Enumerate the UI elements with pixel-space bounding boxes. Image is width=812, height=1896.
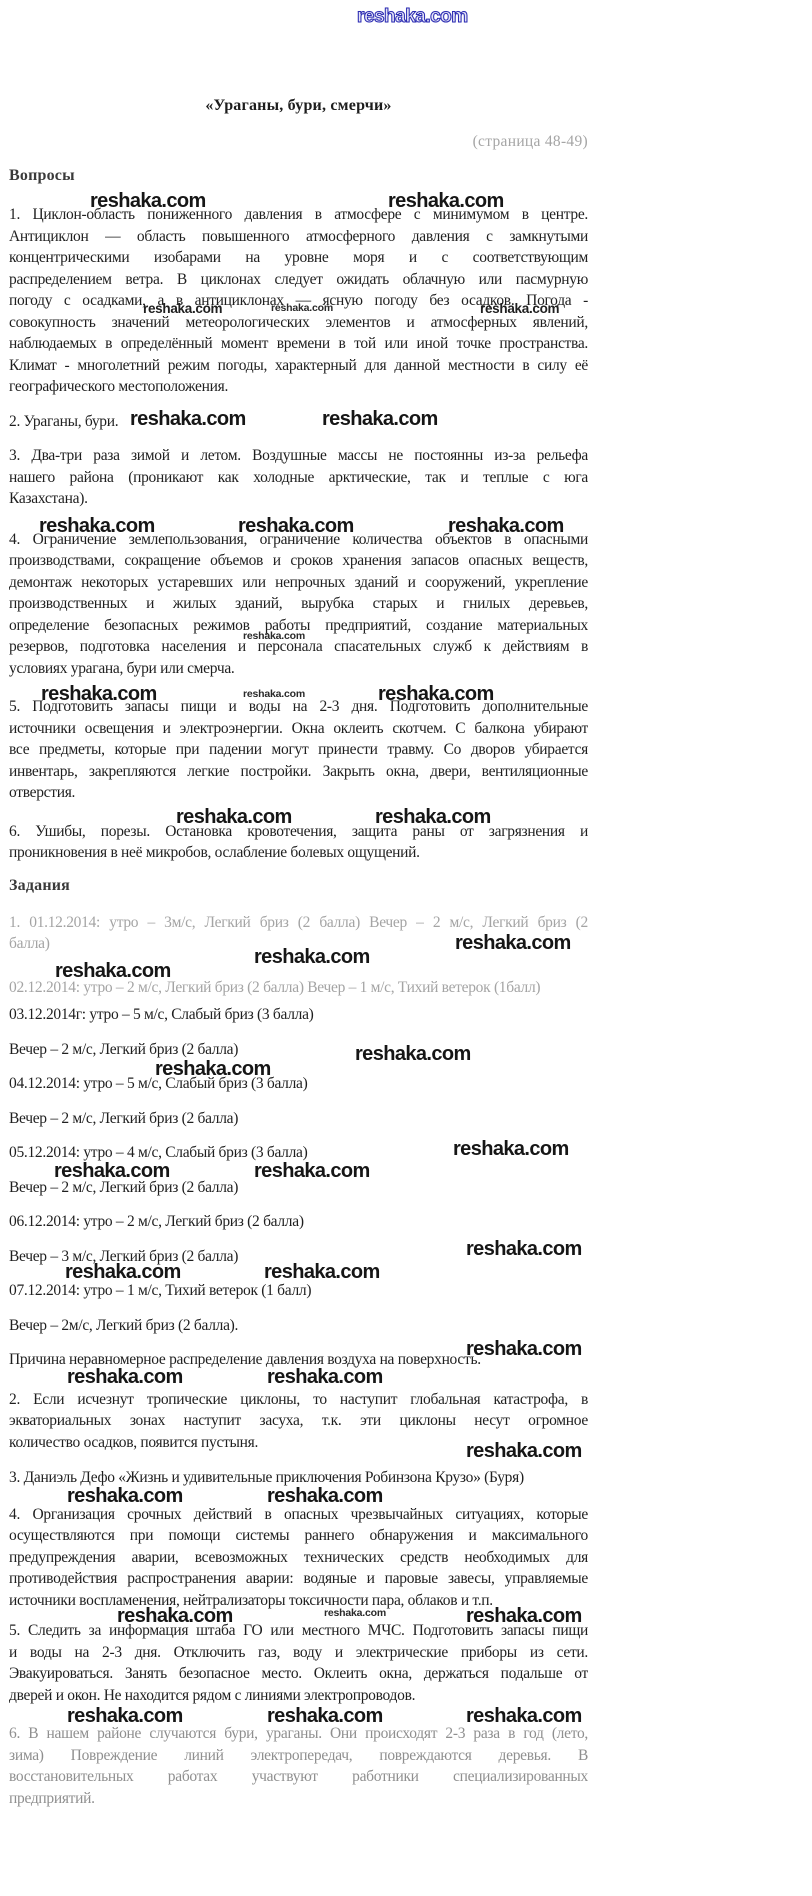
text-line: распределением ветра. В циклонах следует… [9,269,588,291]
text-line: источники воспламенения, нейтрализаторы … [9,1590,588,1612]
paragraph: 2. Ураганы, бури. [9,411,588,433]
text-line: источники освещения и электроэнергии. Ок… [9,718,588,740]
text-line: 07.12.2014: утро – 1 м/с, Тихий ветерок … [9,1280,588,1302]
paragraph: 04.12.2014: утро – 5 м/с, Слабый бриз (3… [9,1073,588,1095]
paragraph: 5. Следить за информация штаба ГО или ме… [9,1620,588,1706]
text-line: 3. Два-три раза зимой и летом. Воздушные… [9,445,588,467]
paragraph: 07.12.2014: утро – 1 м/с, Тихий ветерок … [9,1280,588,1302]
paragraph: 6. В нашем районе случаются бури, ураган… [9,1723,588,1809]
text-line: 03.12.2014г: утро – 5 м/с, Слабый бриз (… [9,1004,588,1026]
text-line: 1. Циклон-область пониженного давления в… [9,204,588,226]
text-line: Вечер – 2 м/с, Легкий бриз (2 балла) [9,1108,588,1130]
text-line: определение безопасных режимов работы пр… [9,615,588,637]
text-line: Вечер – 2м/с, Легкий бриз (2 балла). [9,1315,588,1337]
text-line: осуществляются при помощи системы раннег… [9,1525,588,1547]
paragraph: Причина неравномерное распределение давл… [9,1349,588,1371]
paragraph: Вечер – 2 м/с, Легкий бриз (2 балла) [9,1039,588,1061]
paragraph: Вечер – 2м/с, Легкий бриз (2 балла). [9,1315,588,1337]
text-line: 6. Ушибы, порезы. Остановка кровотечения… [9,821,588,843]
heading-voprosy: Вопросы [9,166,588,186]
text-line: зима) Повреждение линий электропередач, … [9,1745,588,1767]
text-line: 2. Если исчезнут тропические циклоны, то… [9,1389,588,1411]
text-line: Антициклон — область повышенного атмосфе… [9,226,588,248]
text-line: наблюдаемых в определённый момент времен… [9,333,588,355]
document-page: «Ураганы, бури, смерчи» (страница 48-49)… [0,0,812,1896]
text-line: предупреждения аварии, всевозможных техн… [9,1547,588,1569]
text-line: производствами, сокращение объемов и сро… [9,550,588,572]
text-line: все предметы, которые при падении могут … [9,739,588,761]
text-line: и воды на 2-3 дня. Отключить газ, воду и… [9,1642,588,1664]
text-line: 5. Подготовить запасы пищи и воды на 2-3… [9,696,588,718]
text-line: балла) [9,933,588,955]
text-line: 02.12.2014: утро – 2 м/с, Легкий бриз (2… [9,977,588,999]
text-line: Вечер – 2 м/с, Легкий бриз (2 балла) [9,1039,588,1061]
text-line: производственных и жилых зданий, вырубка… [9,593,588,615]
scanned-document: { "page": { "watermark_text": "reshaka.c… [0,0,812,1896]
section-voprosy: Вопросы1. Циклон-область пониженного дав… [9,166,588,864]
text-line: 04.12.2014: утро – 5 м/с, Слабый бриз (3… [9,1073,588,1095]
paragraph: 3. Даниэль Дефо «Жизнь и удивительные пр… [9,1467,588,1489]
paragraph: Вечер – 2 м/с, Легкий бриз (2 балла) [9,1177,588,1199]
text-line: дверей и окон. Не находится рядом с лини… [9,1685,588,1707]
paragraph: 3. Два-три раза зимой и летом. Воздушные… [9,445,588,510]
text-line: количество осадков, появится пустыня. [9,1432,588,1454]
text-line: 4. Организация срочных действий в опасны… [9,1504,588,1526]
text-line: противодействия распространения аварии: … [9,1568,588,1590]
text-line: 5. Следить за информация штаба ГО или ме… [9,1620,588,1642]
text-line: восстановительных работах участвуют рабо… [9,1766,588,1788]
text-line: 06.12.2014: утро – 2 м/с, Легкий бриз (2… [9,1211,588,1233]
section-zadaniya: Задания1. 01.12.2014: утро – 3м/с, Легки… [9,876,588,1810]
paragraph: Вечер – 3 м/с, Легкий бриз (2 балла) [9,1246,588,1268]
paragraph: 06.12.2014: утро – 2 м/с, Легкий бриз (2… [9,1211,588,1233]
text-line: нашего района (проникают как холодные ар… [9,467,588,489]
paragraph: 05.12.2014: утро – 4 м/с, Слабый бриз (3… [9,1142,588,1164]
text-line: Вечер – 2 м/с, Легкий бриз (2 балла) [9,1177,588,1199]
page-title: «Ураганы, бури, смерчи» [9,96,588,116]
paragraph: 4. Организация срочных действий в опасны… [9,1504,588,1612]
text-line: Вечер – 3 м/с, Легкий бриз (2 балла) [9,1246,588,1268]
text-line: погоду с осадками, а в антициклонах — яс… [9,290,588,312]
text-line: экваториальных зонах наступит засуха, т.… [9,1410,588,1432]
text-line: 2. Ураганы, бури. [9,411,588,433]
text-line: географического местоположения. [9,376,588,398]
paragraph: 02.12.2014: утро – 2 м/с, Легкий бриз (2… [9,977,588,999]
text-line: Казахстана). [9,488,588,510]
page-reference: (страница 48-49) [9,132,588,152]
text-line: Климат - многолетний режим погоды, харак… [9,355,588,377]
paragraph: 1. 01.12.2014: утро – 3м/с, Легкий бриз … [9,912,588,955]
text-line: 6. В нашем районе случаются бури, ураган… [9,1723,588,1745]
content-column: «Ураганы, бури, смерчи» (страница 48-49)… [9,0,588,1809]
paragraph: 6. Ушибы, порезы. Остановка кровотечения… [9,821,588,864]
text-line: Эвакуироваться. Занять безопасное место.… [9,1663,588,1685]
text-line: предприятий. [9,1788,588,1810]
paragraph: 03.12.2014г: утро – 5 м/с, Слабый бриз (… [9,1004,588,1026]
text-line: Причина неравномерное распределение давл… [9,1349,588,1371]
text-line: 3. Даниэль Дефо «Жизнь и удивительные пр… [9,1467,588,1489]
paragraph: 5. Подготовить запасы пищи и воды на 2-3… [9,696,588,804]
text-line: демонтаж некоторых устаревших или непроч… [9,572,588,594]
text-line: 05.12.2014: утро – 4 м/с, Слабый бриз (3… [9,1142,588,1164]
paragraph: 1. Циклон-область пониженного давления в… [9,204,588,398]
text-line: концентрическими изобарами на уровне мор… [9,247,588,269]
sections-container: Вопросы1. Циклон-область пониженного дав… [9,166,588,1809]
text-line: 4. Ограничение землепользования, огранич… [9,529,588,551]
text-line: совокупность значений метеорологических … [9,312,588,334]
text-line: отверстия. [9,782,588,804]
paragraph: 2. Если исчезнут тропические циклоны, то… [9,1389,588,1454]
heading-zadaniya: Задания [9,876,588,896]
text-line: инвентарь, закрепляются легкие постройки… [9,761,588,783]
text-line: условиях урагана, бури или смерча. [9,658,588,680]
text-line: резервов, подготовка населения и персона… [9,636,588,658]
paragraph: 4. Ограничение землепользования, огранич… [9,529,588,680]
text-line: 1. 01.12.2014: утро – 3м/с, Легкий бриз … [9,912,588,934]
text-line: проникновения в неё микробов, ослабление… [9,842,588,864]
paragraph: Вечер – 2 м/с, Легкий бриз (2 балла) [9,1108,588,1130]
